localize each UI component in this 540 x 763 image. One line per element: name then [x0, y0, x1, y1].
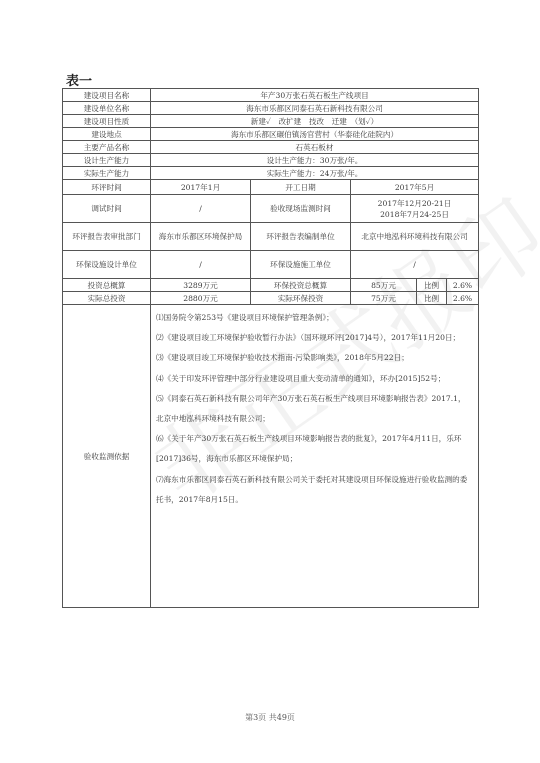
label: 建设项目性质	[63, 115, 151, 128]
value: 海东市乐都区碾伯镇汤官营村（华泰硅化硅院内）	[151, 128, 479, 141]
label: 建设单位名称	[63, 102, 151, 115]
label2: 环保设施施工单位	[251, 251, 351, 279]
basis-item: ⑷《关于印发环评管理中部分行业建设项目重大变动清单的通知》，环办[2015]52…	[156, 369, 473, 389]
ratio-label: 比例	[417, 292, 447, 305]
project-info-table: 建设项目名称 年产30万张石英石板生产线项目 建设单位名称 海东市乐都区同泰石英…	[62, 88, 479, 608]
label2: 环评报告表编制单位	[251, 223, 351, 251]
label2: 实际环保投资	[251, 292, 351, 305]
value2: 2017年12月20-21日 2018年7月24-25日	[351, 195, 479, 223]
basis-item: ⑵《建设项目竣工环境保护验收暂行办法》（国环规环评[2017]4号），2017年…	[156, 328, 473, 348]
value2: 85万元	[351, 279, 417, 292]
label2: 环保投资总概算	[251, 279, 351, 292]
value: 海东市乐都区同泰石英石新科技有限公司	[151, 102, 479, 115]
label: 环评时间	[63, 180, 151, 195]
row-actual-invest: 实际总投资 2880万元 实际环保投资 75万元 比例 2.6%	[63, 292, 479, 305]
row-nature: 建设项目性质 新建✓ 改扩建 技改 迁建 （划✓）	[63, 115, 479, 128]
value: 设计生产能力：30万张/年。	[151, 154, 479, 167]
label: 建设地点	[63, 128, 151, 141]
value: 3289万元	[151, 279, 251, 292]
row-eia-approval: 环评报告表审批部门 海东市乐都区环境保护局 环评报告表编制单位 北京中地泓科环境…	[63, 223, 479, 251]
value: /	[151, 251, 251, 279]
label: 主要产品名称	[63, 141, 151, 154]
basis-item: ⑶《建设项目竣工环境保护验收技术指南-污染影响类》，2018年5月22日；	[156, 348, 473, 368]
value: 2880万元	[151, 292, 251, 305]
value2: 75万元	[351, 292, 417, 305]
row-eia-time: 环评时间 2017年1月 开工日期 2017年5月	[63, 180, 479, 195]
value: 新建✓ 改扩建 技改 迁建 （划✓）	[151, 115, 479, 128]
table-title: 表一	[66, 70, 92, 89]
value: 实际生产能力：24万张/年。	[151, 167, 479, 180]
basis-item: ⑴国务院令第253号《建设项目环境保护管理条例》；	[156, 308, 473, 328]
page-number: 第3页 共49页	[0, 712, 540, 723]
value2: /	[351, 251, 479, 279]
value: 年产30万张石英石板生产线项目	[151, 89, 479, 102]
value: 2017年1月	[151, 180, 251, 195]
value: /	[151, 195, 251, 223]
value2: 北京中地泓科环境科技有限公司	[351, 223, 479, 251]
basis-item: ⑸《同泰石英石新科技有限公司年产30万张石英石板生产线项目环境影响报告表》201…	[156, 389, 473, 429]
basis-list: ⑴国务院令第253号《建设项目环境保护管理条例》； ⑵《建设项目竣工环境保护验收…	[151, 305, 479, 608]
label: 环评报告表审批部门	[63, 223, 151, 251]
label: 实际总投资	[63, 292, 151, 305]
row-debug-time: 调试时间 / 验收现场监测时间 2017年12月20-21日 2018年7月24…	[63, 195, 479, 223]
value: 海东市乐都区环境保护局	[151, 223, 251, 251]
value2: 2017年5月	[351, 180, 479, 195]
ratio-label: 比例	[417, 279, 447, 292]
row-product: 主要产品名称 石英石板材	[63, 141, 479, 154]
ratio: 2.6%	[447, 292, 479, 305]
label2: 开工日期	[251, 180, 351, 195]
label2: 验收现场监测时间	[251, 195, 351, 223]
row-location: 建设地点 海东市乐都区碾伯镇汤官营村（华泰硅化硅院内）	[63, 128, 479, 141]
row-design-capacity: 设计生产能力 设计生产能力：30万张/年。	[63, 154, 479, 167]
basis-item: ⑹《关于年产30万张石英石板生产线项目环境影响报告表的批复》，2017年4月11…	[156, 429, 473, 469]
row-project-name: 建设项目名称 年产30万张石英石板生产线项目	[63, 89, 479, 102]
row-design-unit: 环保设施设计单位 / 环保设施施工单位 /	[63, 251, 479, 279]
ratio: 2.6%	[447, 279, 479, 292]
label: 建设项目名称	[63, 89, 151, 102]
basis-item: ⑺海东市乐都区同泰石英石新科技有限公司关于委托对其建设项目环保设施进行验收监测的…	[156, 470, 473, 510]
label: 调试时间	[63, 195, 151, 223]
value: 石英石板材	[151, 141, 479, 154]
row-budget: 投资总概算 3289万元 环保投资总概算 85万元 比例 2.6%	[63, 279, 479, 292]
label: 设计生产能力	[63, 154, 151, 167]
label: 环保设施设计单位	[63, 251, 151, 279]
row-basis: 验收监测依据 ⑴国务院令第253号《建设项目环境保护管理条例》； ⑵《建设项目竣…	[63, 305, 479, 608]
label: 实际生产能力	[63, 167, 151, 180]
row-unit-name: 建设单位名称 海东市乐都区同泰石英石新科技有限公司	[63, 102, 479, 115]
row-actual-capacity: 实际生产能力 实际生产能力：24万张/年。	[63, 167, 479, 180]
label: 投资总概算	[63, 279, 151, 292]
label: 验收监测依据	[63, 305, 151, 608]
